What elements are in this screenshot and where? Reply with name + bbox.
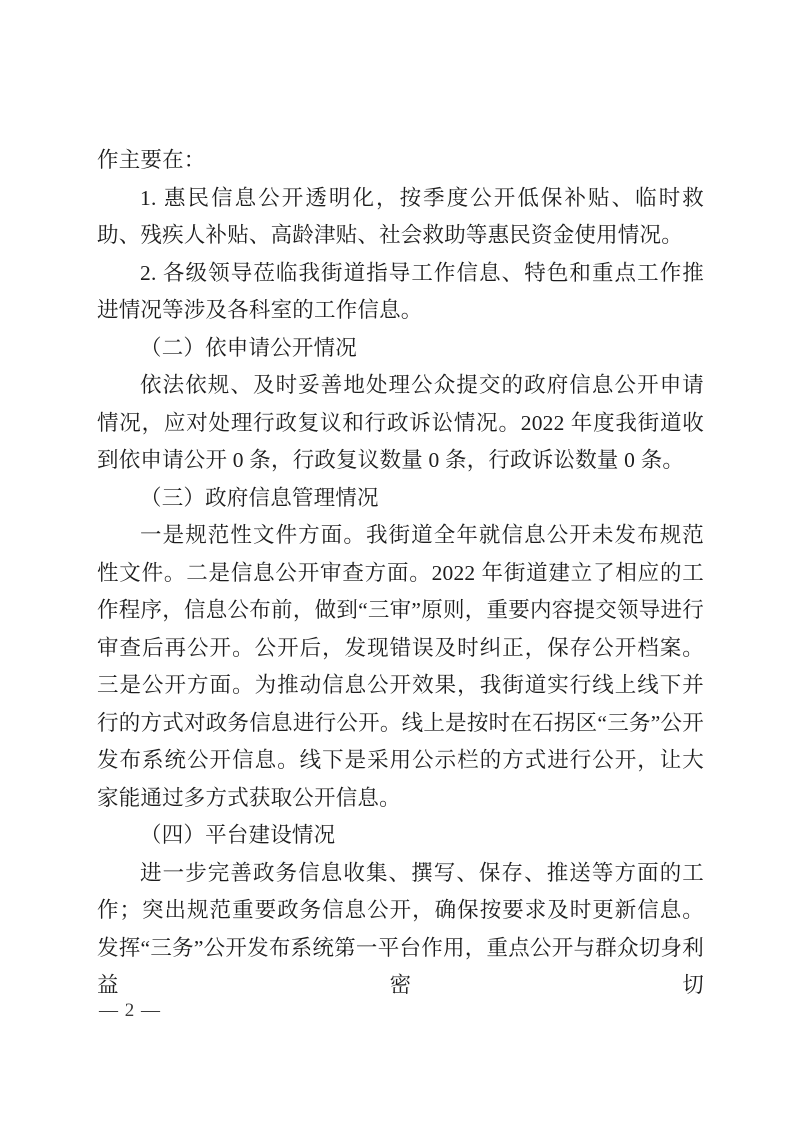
section-4-paragraph: 进一步完善政务信息收集、撰写、保存、推送等方面的工作；突出规范重要政务信息公开，… <box>97 855 704 1005</box>
continued-paragraph: 作主要在： <box>97 142 704 180</box>
section-heading-3: （三）政府信息管理情况 <box>97 480 704 518</box>
document-body: 作主要在： 1. 惠民信息公开透明化，按季度公开低保补贴、临时救助、残疾人补贴、… <box>97 142 704 1005</box>
list-item-2: 2. 各级领导莅临我街道指导工作信息、特色和重点工作推进情况等涉及各科室的工作信… <box>97 255 704 330</box>
document-page: 作主要在： 1. 惠民信息公开透明化，按季度公开低保补贴、临时救助、残疾人补贴、… <box>0 0 793 1122</box>
list-item-1: 1. 惠民信息公开透明化，按季度公开低保补贴、临时救助、残疾人补贴、高龄津贴、社… <box>97 180 704 255</box>
section-heading-2: （二）依申请公开情况 <box>97 330 704 368</box>
section-2-paragraph: 依法依规、及时妥善地处理公众提交的政府信息公开申请情况，应对处理行政复议和行政诉… <box>97 367 704 480</box>
page-number: — 2 — <box>99 999 161 1023</box>
section-heading-4: （四）平台建设情况 <box>97 817 704 855</box>
section-3-paragraph: 一是规范性文件方面。我街道全年就信息公开未发布规范性文件。二是信息公开审查方面。… <box>97 517 704 817</box>
